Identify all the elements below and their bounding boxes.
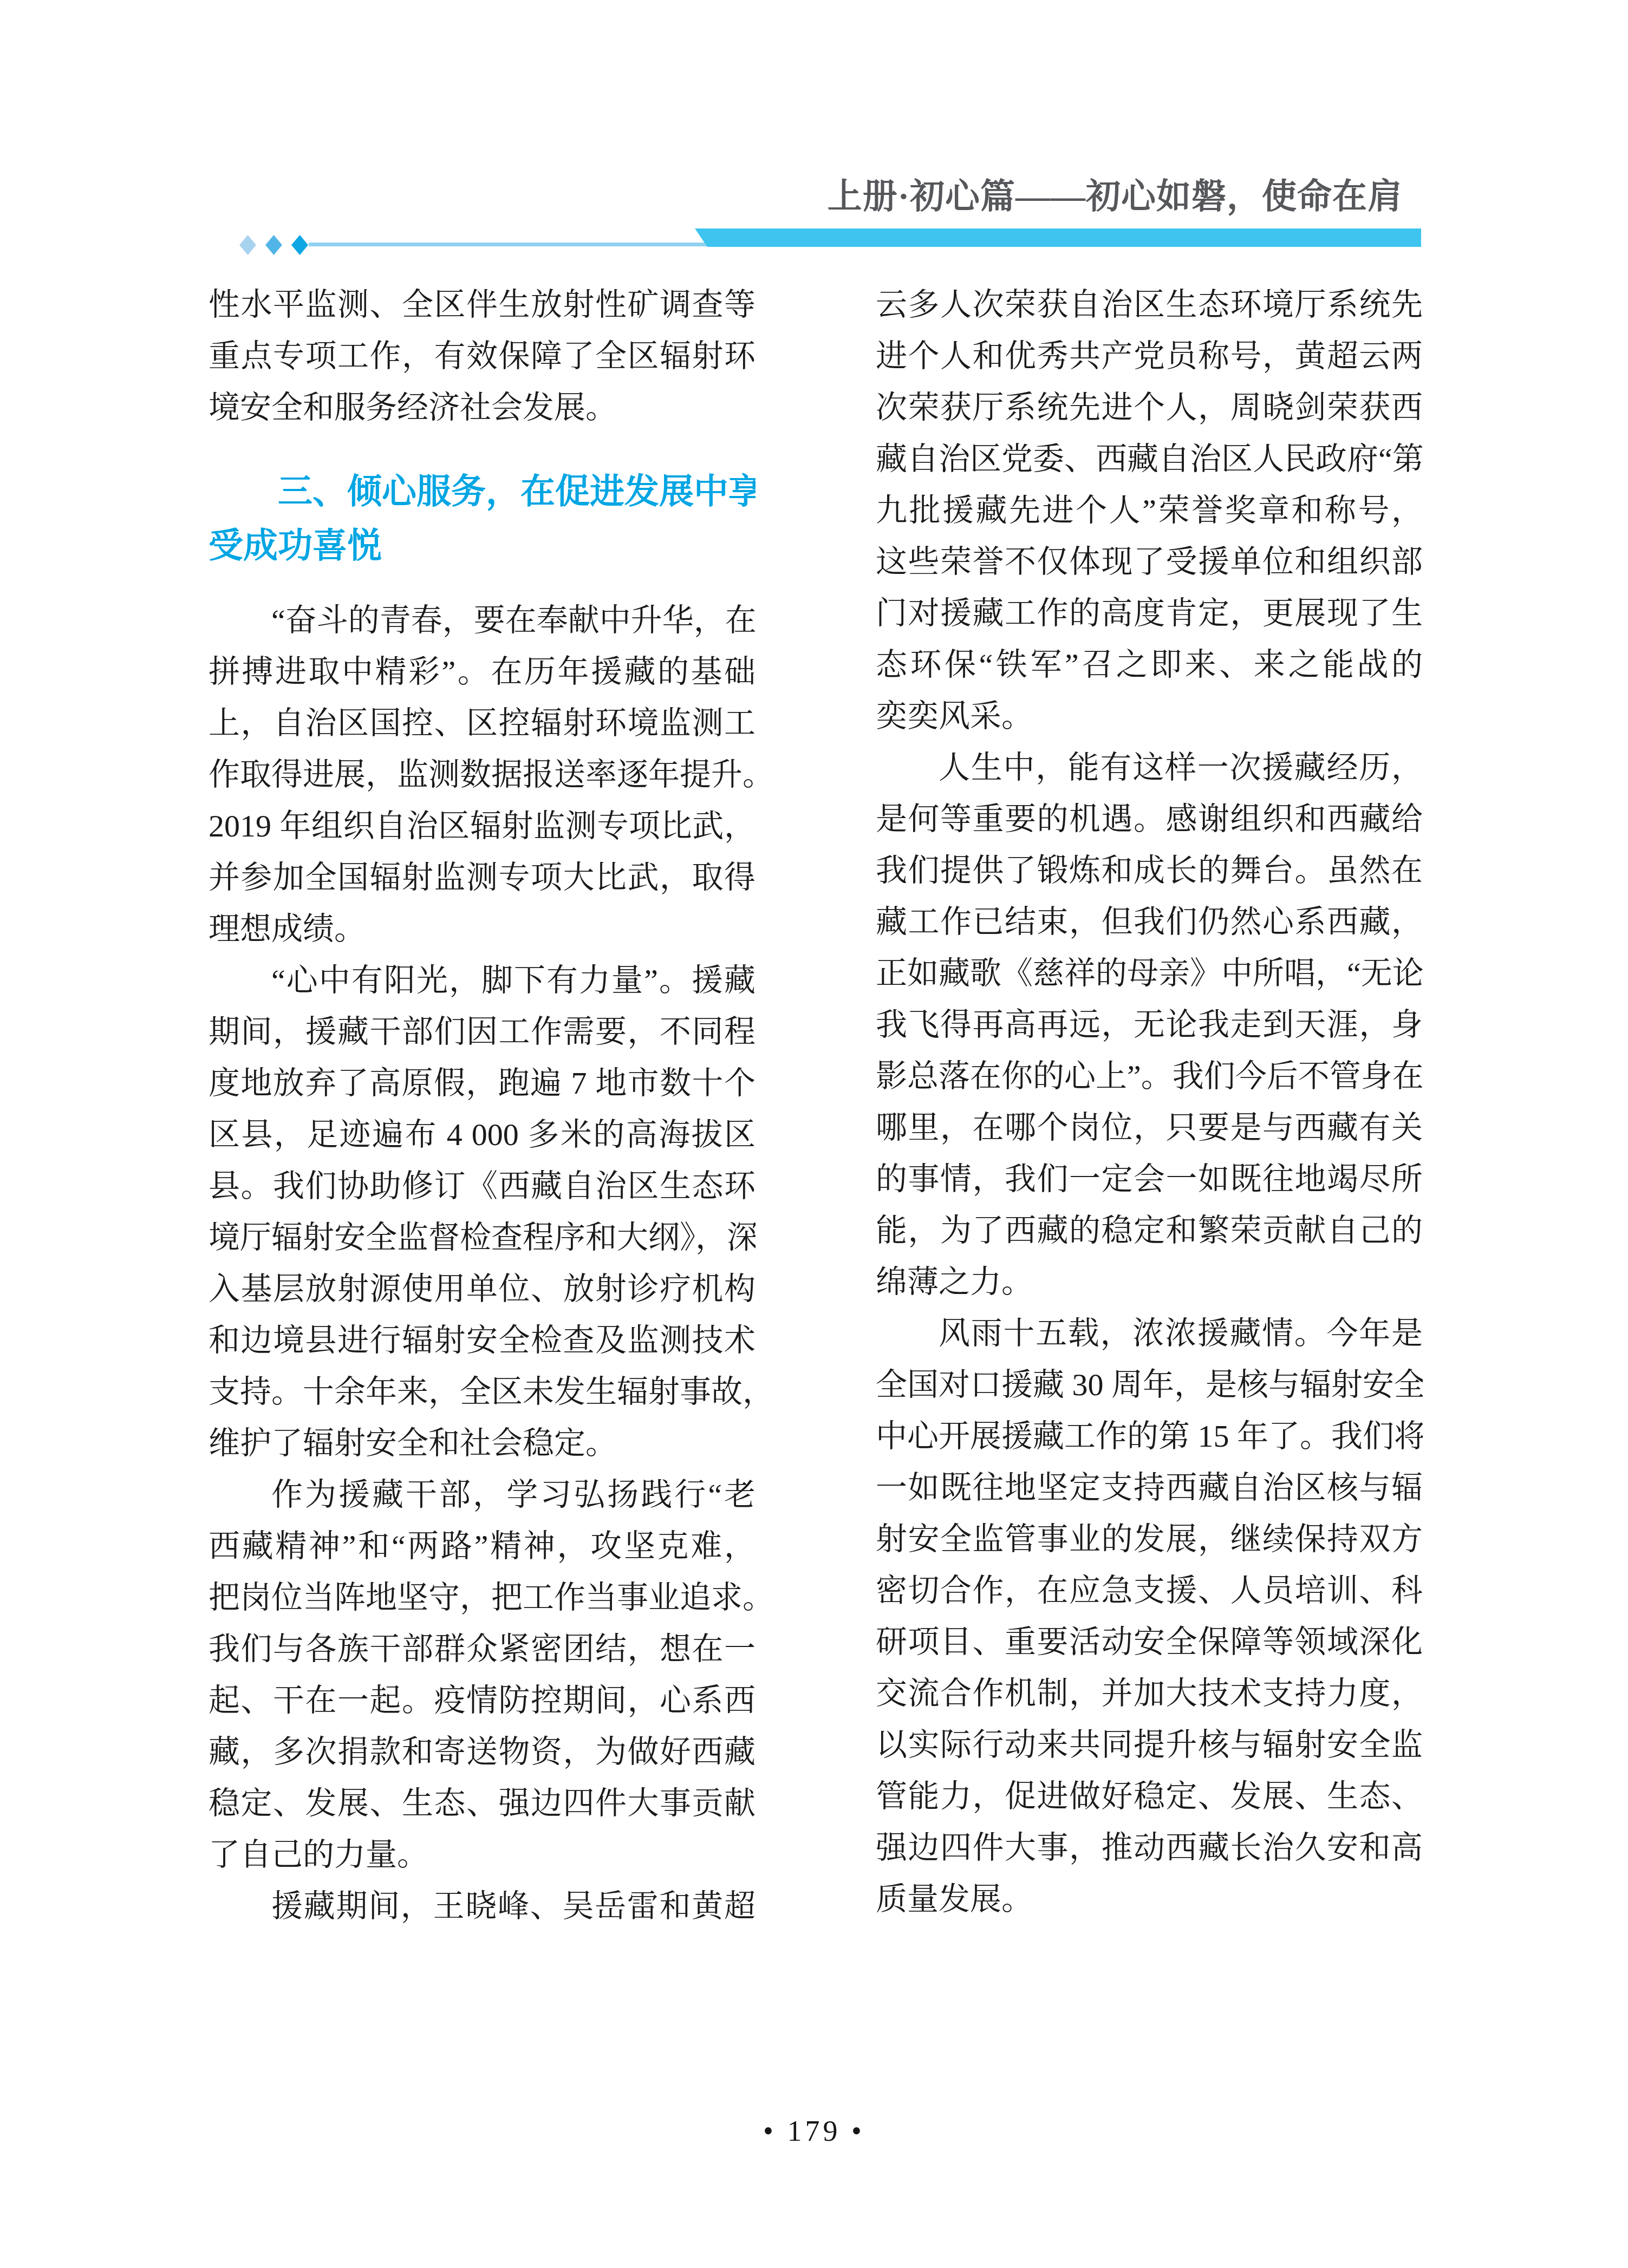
text-line: 作为援藏干部，学习弘扬践行“老 <box>209 1469 756 1520</box>
text-line: 一如既往地坚定支持西藏自治区核与辐 <box>876 1462 1423 1513</box>
text-line: 藏，多次捐款和寄送物资，为做好西藏 <box>209 1726 756 1777</box>
text-line: 境厅辐射安全监督检查程序和大纲》，深 <box>209 1212 756 1263</box>
text-line: 区县，足迹遍布 4 000 多米的高海拔区 <box>209 1109 756 1160</box>
text-line: 作取得进展，监测数据报送率逐年提升。 <box>209 749 756 800</box>
text-line: 支持。十余年来，全区未发生辐射事故， <box>209 1366 756 1417</box>
paragraph: 人生中，能有这样一次援藏经历，是何等重要的机遇。感谢组织和西藏给我们提供了锻炼和… <box>876 742 1423 1308</box>
text-line: 了自己的力量。 <box>209 1829 756 1880</box>
text-line: 质量发展。 <box>876 1873 1423 1925</box>
header-banner <box>695 228 1421 247</box>
paragraph: “奋斗的青春，要在奉献中升华，在拼搏进取中精彩”。在历年援藏的基础上，自治区国控… <box>209 594 756 955</box>
text-line: 我们提供了锻炼和成长的舞台。虽然在 <box>876 845 1423 896</box>
text-line: 2019 年组织自治区辐射监测专项比武， <box>209 800 756 852</box>
text-line: 我飞得再高再远，无论我走到天涯，身 <box>876 999 1423 1050</box>
text-line: 云多人次荣获自治区生态环境厅系统先 <box>876 279 1423 330</box>
text-line: 维护了辐射安全和社会稳定。 <box>209 1417 756 1469</box>
text-line: 哪里，在哪个岗位，只要是与西藏有关 <box>876 1102 1423 1153</box>
text-line: 密切合作，在应急支援、人员培训、科 <box>876 1565 1423 1616</box>
text-line: 风雨十五载，浓浓援藏情。今年是 <box>876 1308 1423 1359</box>
text-line: 以实际行动来共同提升核与辐射安全监 <box>876 1719 1423 1770</box>
text-line: 人生中，能有这样一次援藏经历， <box>876 742 1423 793</box>
text-line: 正如藏歌《慈祥的母亲》中所唱，“无论 <box>876 947 1423 999</box>
text-line: 进个人和优秀共产党员称号，黄超云两 <box>876 330 1423 382</box>
article-body: 性水平监测、全区伴生放射性矿调查等重点专项工作，有效保障了全区辐射环境安全和服务… <box>209 279 1423 1932</box>
diamond-icon <box>239 235 256 255</box>
text-line: “心中有阳光，脚下有力量”。援藏 <box>209 955 756 1006</box>
text-line: 起、干在一起。疫情防控期间，心系西 <box>209 1675 756 1726</box>
text-line: 境安全和服务经济社会发展。 <box>209 382 756 433</box>
text-line: 这些荣誉不仅体现了受援单位和组织部 <box>876 536 1423 587</box>
running-title: 上册·初心篇——初心如磐，使命在肩 <box>828 167 1403 226</box>
paragraph: “心中有阳光，脚下有力量”。援藏期间，援藏干部们因工作需要，不同程度地放弃了高原… <box>209 955 756 1469</box>
section-heading-line: 受成功喜悦 <box>209 519 756 573</box>
header-rule-line <box>309 243 756 246</box>
text-line: 性水平监测、全区伴生放射性矿调查等 <box>209 279 756 330</box>
section-heading-line: 三、倾心服务，在促进发展中享 <box>209 465 756 519</box>
text-line: 门对援藏工作的高度肯定，更展现了生 <box>876 587 1423 639</box>
text-line: 能，为了西藏的稳定和繁荣贡献自己的 <box>876 1205 1423 1256</box>
paragraph: 援藏期间，王晓峰、吴岳雷和黄超 <box>209 1880 756 1932</box>
text-line: 和边境县进行辐射安全检查及监测技术 <box>209 1315 756 1366</box>
text-line: 我们与各族干部群众紧密团结，想在一 <box>209 1623 756 1675</box>
text-line: 的事情，我们一定会一如既往地竭尽所 <box>876 1153 1423 1205</box>
paragraph: 风雨十五载，浓浓援藏情。今年是全国对口援藏 30 周年，是核与辐射安全中心开展援… <box>876 1308 1423 1925</box>
text-line: 交流合作机制，并加大技术支持力度， <box>876 1668 1423 1719</box>
text-line: 重点专项工作，有效保障了全区辐射环 <box>209 330 756 382</box>
diamond-icon <box>291 235 308 255</box>
paragraph: 性水平监测、全区伴生放射性矿调查等重点专项工作，有效保障了全区辐射环境安全和服务… <box>209 279 756 433</box>
column-right: 云多人次荣获自治区生态环境厅系统先进个人和优秀共产党员称号，黄超云两次荣获厅系统… <box>876 279 1423 1932</box>
text-line: 强边四件大事，推动西藏长治久安和高 <box>876 1822 1423 1873</box>
text-line: 次荣获厅系统先进个人，周晓剑荣获西 <box>876 382 1423 433</box>
text-line: 奕奕风采。 <box>876 690 1423 742</box>
text-line: 拼搏进取中精彩”。在历年援藏的基础 <box>209 646 756 697</box>
text-line: 影总落在你的心上”。我们今后不管身在 <box>876 1050 1423 1102</box>
paragraph: 作为援藏干部，学习弘扬践行“老西藏精神”和“两路”精神，攻坚克难，把岗位当阵地坚… <box>209 1469 756 1880</box>
header-diamond-ornaments <box>239 235 308 255</box>
text-line: 藏工作已结束，但我们仍然心系西藏， <box>876 896 1423 947</box>
text-line: 绵薄之力。 <box>876 1256 1423 1308</box>
text-line: 九批援藏先进个人”荣誉奖章和称号， <box>876 485 1423 536</box>
text-line: 中心开展援藏工作的第 15 年了。我们将 <box>876 1410 1423 1462</box>
book-page: 上册·初心篇——初心如磐，使命在肩 性水平监测、全区伴生放射性矿调查等重点专项工… <box>0 0 1628 2268</box>
text-line: 理想成绩。 <box>209 903 756 955</box>
text-line: 稳定、发展、生态、强边四件大事贡献 <box>209 1777 756 1829</box>
text-line: 援藏期间，王晓峰、吴岳雷和黄超 <box>209 1880 756 1932</box>
text-line: 射安全监管事业的发展，继续保持双方 <box>876 1513 1423 1565</box>
diamond-icon <box>265 235 282 255</box>
text-line: 西藏精神”和“两路”精神，攻坚克难， <box>209 1520 756 1572</box>
text-line: 度地放弃了高原假，跑遍 7 地市数十个 <box>209 1057 756 1109</box>
text-line: 藏自治区党委、西藏自治区人民政府“第 <box>876 433 1423 485</box>
section-heading: 三、倾心服务，在促进发展中享受成功喜悦 <box>209 465 756 573</box>
text-line: “奋斗的青春，要在奉献中升华，在 <box>209 594 756 646</box>
text-line: 入基层放射源使用单位、放射诊疗机构 <box>209 1263 756 1315</box>
text-line: 态环保“铁军”召之即来、来之能战的 <box>876 639 1423 690</box>
text-line: 管能力，促进做好稳定、发展、生态、 <box>876 1770 1423 1822</box>
text-line: 把岗位当阵地坚守，把工作当事业追求。 <box>209 1572 756 1623</box>
text-line: 期间，援藏干部们因工作需要，不同程 <box>209 1006 756 1057</box>
text-line: 研项目、重要活动安全保障等领域深化 <box>876 1616 1423 1668</box>
text-line: 并参加全国辐射监测专项大比武，取得 <box>209 852 756 903</box>
column-left: 性水平监测、全区伴生放射性矿调查等重点专项工作，有效保障了全区辐射环境安全和服务… <box>209 279 756 1932</box>
page-number: • 179 • <box>0 2114 1628 2148</box>
paragraph: 云多人次荣获自治区生态环境厅系统先进个人和优秀共产党员称号，黄超云两次荣获厅系统… <box>876 279 1423 742</box>
text-line: 全国对口援藏 30 周年，是核与辐射安全 <box>876 1359 1423 1410</box>
text-line: 上，自治区国控、区控辐射环境监测工 <box>209 697 756 749</box>
text-line: 是何等重要的机遇。感谢组织和西藏给 <box>876 793 1423 845</box>
text-line: 县。我们协助修订《西藏自治区生态环 <box>209 1160 756 1212</box>
